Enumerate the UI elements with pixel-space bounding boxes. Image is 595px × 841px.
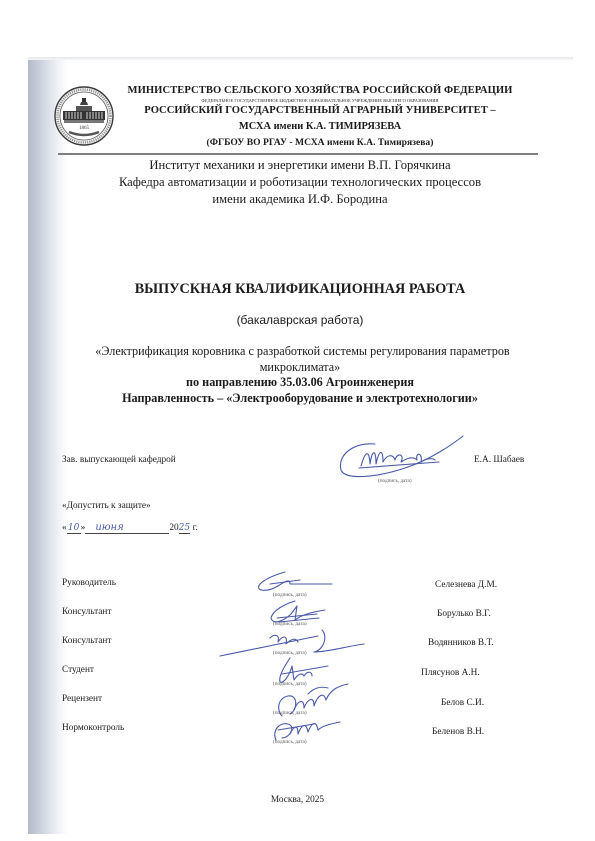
role-supervisor: Руководитель	[62, 578, 116, 588]
role-consultant-1: Консультант	[62, 607, 111, 617]
admission-date: «10»июня2025г.	[62, 522, 198, 534]
role-reviewer: Рецензент	[62, 694, 102, 704]
admission-year-suffix: 25	[179, 523, 190, 534]
ministry-name: МИНИСТЕРСТВО СЕЛЬСКОГО ХОЗЯЙСТВА РОССИЙС…	[120, 85, 520, 96]
university-name-line2: МСХА имени К.А. ТИМИРЯЗЕВА	[120, 121, 520, 132]
study-direction: по направлению 35.03.06 Агроинженерия	[60, 375, 540, 390]
study-focus: Направленность – «Электрооборудование и …	[60, 391, 540, 406]
admission-label: «Допустить к защите»	[62, 501, 151, 511]
document-subtitle: (бакалаврская работа)	[60, 313, 540, 327]
header-divider	[58, 153, 538, 155]
head-of-department-label: Зав. выпускающей кафедрой	[62, 455, 176, 465]
head-of-department-signature-caption: (подпись, дата)	[378, 478, 412, 484]
admission-year-unit: г.	[193, 523, 198, 533]
head-of-department-name: Е.А. Шабаев	[474, 455, 524, 465]
consultant-2-name: Водянников В.Т.	[428, 638, 494, 648]
norm-control-name: Беленов В.Н.	[432, 727, 484, 737]
consultant-1-name: Борулько В.Г.	[437, 609, 491, 619]
university-seal-icon: 1865	[54, 86, 114, 146]
admission-month: июня	[85, 522, 169, 534]
document-title: ВЫПУСКНАЯ КВАЛИФИКАЦИОННАЯ РАБОТА	[60, 281, 540, 298]
department-name-line2: имени академика И.Ф. Бородина	[60, 192, 540, 207]
role-consultant-2: Консультант	[62, 636, 111, 646]
thesis-topic-line2: микроклимата»	[60, 360, 540, 375]
document-page: 1865 МИНИСТЕРСТВО СЕЛЬСКОГО ХОЗЯЙСТВА РО…	[0, 0, 595, 841]
admission-day: 10	[67, 523, 81, 534]
university-name: РОССИЙСКИЙ ГОСУДАРСТВЕННЫЙ АГРАРНЫЙ УНИВ…	[120, 105, 520, 116]
city-year: Москва, 2025	[0, 795, 595, 805]
admission-year-prefix: 20	[169, 523, 178, 533]
head-of-department-signature-icon	[335, 432, 475, 482]
university-abbreviation: (ФГБОУ ВО РГАУ - МСХА имени К.А. Тимиряз…	[120, 137, 520, 148]
student-name: Плясунов А.Н.	[421, 668, 480, 678]
thesis-topic: «Электрификация коровника с разработкой …	[60, 344, 545, 359]
norm-control-signature-caption: (подпись, дата)	[273, 739, 307, 745]
role-norm-control: Нормоконтроль	[62, 723, 124, 733]
role-student: Студент	[62, 665, 94, 675]
institute-name: Институт механики и энергетики имени В.П…	[60, 158, 540, 173]
supervisor-name: Селезнева Д.М.	[435, 580, 497, 590]
seal-year: 1865	[79, 126, 90, 131]
department-name: Кафедра автоматизации и роботизации техн…	[60, 175, 540, 190]
institution-type: ФЕДЕРАЛЬНОЕ ГОСУДАРСТВЕННОЕ БЮДЖЕТНОЕ ОБ…	[120, 98, 520, 103]
reviewer-name: Белов С.И.	[441, 698, 484, 708]
